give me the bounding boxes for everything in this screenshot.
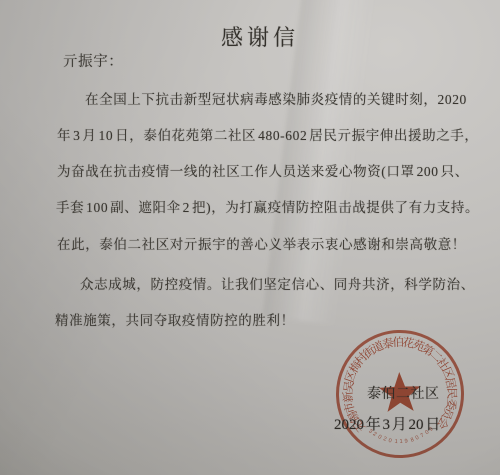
body-line: 在此，泰伯二社区对亓振宇的善心义举表示衷心感谢和崇高敬意！ [57,237,466,254]
body-line: 为奋战在抗击疫情一线的社区工作人员送来爱心物资(口罩 200 只、 [57,164,469,181]
thank-you-letter: 感谢信 亓振宇： 在全国上下抗击新型冠状病毒感染肺炎疫情的关键时刻，2020 年… [0,0,500,475]
body-line: 精准施策，共同夺取疫情防控的胜利！ [55,313,295,330]
body-line: 众志成城，防控疫情。让我们坚定信心、同舟共济，科学防治、 [80,277,475,294]
body-line: 年 3 月 10 日，泰伯花苑第二社区 480-602 居民亓振宇伸出援助之手， [57,128,479,145]
letter-title: 感谢信 [221,21,299,52]
body-line: 在全国上下抗击新型冠状病毒感染肺炎疫情的关键时刻，2020 [85,92,467,109]
letter-salutation: 亓振宇： [63,53,123,71]
letter-date: 2020 年 3 月 20 日 [334,413,440,434]
letter-photo: 感谢信 亓振宇： 在全国上下抗击新型冠状病毒感染肺炎疫情的关键时刻，2020 年… [0,0,500,475]
seal-ring-text: 无锡市新吴区梅村街道泰伯花苑第二社区居民委员会 [334,328,462,332]
signature: 泰伯二社区 [367,383,440,403]
seal-serial: 3202011980709 [334,328,462,332]
body-line: 手套 100 副、遮阳伞 2 把)，为打赢疫情防控阻击战提供了有力支持。 [56,200,479,217]
